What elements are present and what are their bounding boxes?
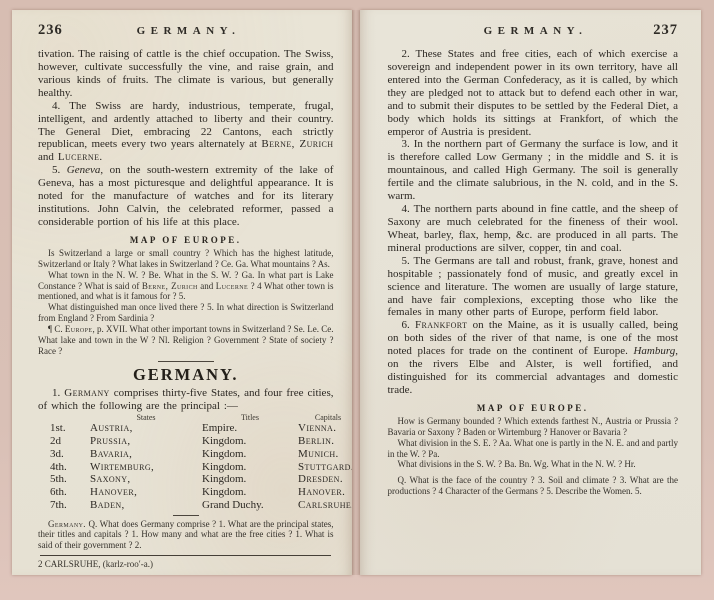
- divider-rule: [158, 361, 214, 362]
- table-cell: Wirtemburg,: [90, 461, 202, 474]
- table-cell: 1st.: [46, 422, 90, 435]
- paragraph: 3. In the northern part of Germany the s…: [387, 138, 678, 203]
- table-header-spacer: [46, 414, 90, 423]
- table-cell: 2d: [46, 435, 90, 448]
- table-cell: 7th.: [46, 499, 90, 512]
- paragraph: 5. Geneva, on the south-western extremit…: [38, 164, 333, 229]
- paragraph: 4. The Swiss are hardy, industrious, tem…: [38, 100, 333, 165]
- table-header-titles: Titles: [202, 414, 298, 423]
- table-cell: Berlin.: [298, 435, 352, 448]
- table-cell: Stuttgard.: [298, 461, 352, 474]
- table-cell: Bavaria,: [90, 448, 202, 461]
- paragraph: 5. The Germans are tall and robust, fran…: [387, 255, 678, 320]
- table-cell: Kingdom.: [202, 473, 298, 486]
- paragraph: 1. Germany comprises thirty-five States,…: [38, 387, 333, 413]
- table-cell: Munich.: [298, 448, 352, 461]
- running-title: GERMANY.: [431, 25, 634, 37]
- table-cell: Kingdom.: [202, 486, 298, 499]
- table-header-capitals: Capitals: [298, 414, 352, 423]
- map-question: What divisions in the S. W. ? Ba. Bn. Wg…: [387, 459, 678, 470]
- table-cell: 3d.: [46, 448, 90, 461]
- page-236: 236 GERMANY. tivation. The raising of ca…: [12, 10, 352, 575]
- paragraph: 4. The northern parts abound in fine cat…: [387, 203, 678, 255]
- states-table: States Titles Capitals 1st.Austria,Empir…: [38, 414, 333, 512]
- table-cell: Kingdom.: [202, 448, 298, 461]
- table-cell: Baden,: [90, 499, 202, 512]
- footnote: 2 CARLSRUHE, (karlz-roo′-a.): [38, 559, 333, 570]
- table-cell: Empire.: [202, 422, 298, 435]
- germany-section-heading: GERMANY.: [38, 365, 333, 385]
- table-cell: 4th.: [46, 461, 90, 474]
- review-questions: Q. What is the face of the country ? 3. …: [387, 475, 678, 497]
- map-of-europe-heading: MAP OF EUROPE.: [387, 403, 678, 413]
- table-cell: Saxony,: [90, 473, 202, 486]
- table-cell: Austria,: [90, 422, 202, 435]
- table-cell: Carlsruhe.²: [298, 499, 352, 512]
- table-cell: Grand Duchy.: [202, 499, 298, 512]
- map-question: What distinguished man once lived there …: [38, 302, 333, 324]
- table-cell: Hanover.: [298, 486, 352, 499]
- page-237: GERMANY. 237 2. These States and free ci…: [360, 10, 701, 575]
- running-title: GERMANY.: [82, 25, 289, 37]
- map-of-europe-heading: MAP OF EUROPE.: [38, 235, 333, 245]
- paragraph: 2. These States and free cities, each of…: [387, 48, 678, 138]
- table-cell: Dresden.: [298, 473, 352, 486]
- map-question: Is Switzerland a large or small country …: [38, 248, 333, 270]
- review-questions: Germany. Q. What does Germany comprise ?…: [38, 519, 333, 552]
- map-question: How is Germany bounded ? Which extends f…: [387, 416, 678, 438]
- footnote-rule: [40, 555, 331, 556]
- map-question: What town in the N. W. ? Be. What in the…: [38, 270, 333, 303]
- table-cell: Hanover,: [90, 486, 202, 499]
- table-cell: Kingdom.: [202, 461, 298, 474]
- page-number: 236: [38, 22, 82, 39]
- page-gutter: [352, 10, 360, 575]
- table-cell: Prussia,: [90, 435, 202, 448]
- map-question: What division in the S. E. ? Aa. What on…: [387, 438, 678, 460]
- table-cell: 5th.: [46, 473, 90, 486]
- table-cell: Kingdom.: [202, 435, 298, 448]
- paragraph: 6. Frankfort on the Maine, as it is usua…: [387, 319, 678, 397]
- divider-rule: [173, 515, 199, 516]
- page-header-left: 236 GERMANY.: [38, 22, 333, 39]
- paragraph: tivation. The raising of cattle is the c…: [38, 48, 333, 100]
- table-cell: Vienna.: [298, 422, 352, 435]
- page-header-right: GERMANY. 237: [387, 22, 678, 39]
- table-header-states: States: [90, 414, 202, 423]
- page-number: 237: [634, 22, 678, 39]
- map-question: ¶ C. Europe, p. XVII. What other importa…: [38, 324, 333, 357]
- book-scan: 236 GERMANY. tivation. The raising of ca…: [0, 0, 714, 600]
- table-cell: 6th.: [46, 486, 90, 499]
